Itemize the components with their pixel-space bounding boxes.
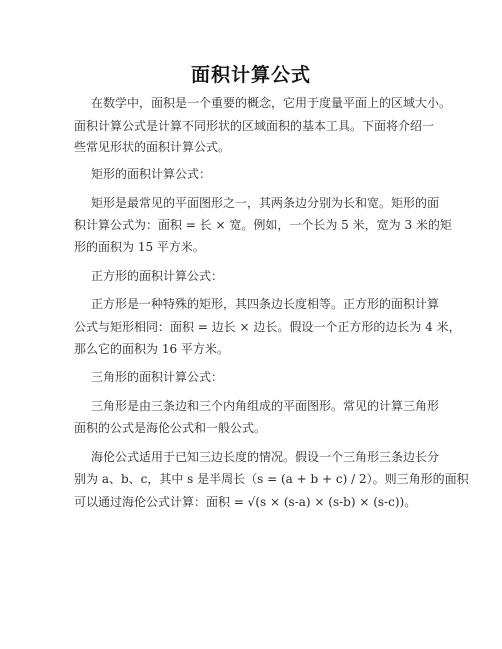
text-line: 积计算公式为：面积 = 长 × 宽。例如，一个长为 5 米，宽为 3 米的矩 (74, 218, 452, 232)
text-line: 那么它的面积为 16 平方米。 (74, 342, 229, 356)
text-line: 公式与矩形相同：面积 = 边长 × 边长。假设一个正方形的边长为 4 米， (74, 320, 461, 334)
text-line: 可以通过海伦公式计算：面积 = √(s × (s-a) × (s-b) × (s… (74, 495, 416, 509)
text-line: 别为 a、b、c，其中 s 是半周长（s = (a + b + c) / 2）。… (74, 472, 469, 486)
text-line: 海伦公式适用于已知三边长度的情况。假设一个三角形三条边长分 (91, 450, 439, 464)
text-line: 些常见形状的面积计算公式。 (74, 140, 230, 154)
text-line: 正方形是一种特殊的矩形，其四条边长度相等。正方形的面积计算 (91, 297, 439, 311)
section-heading-rectangle: 矩形的面积计算公式： (91, 167, 211, 181)
text-line: 三角形是由三条边和三个内角组成的平面图形。常见的计算三角形 (91, 399, 439, 413)
text-line: 面积的公式是海伦公式和一般公式。 (74, 421, 266, 435)
text-line: 面积计算公式是计算不同形状的区域面积的基本工具。下面将介绍一 (74, 119, 434, 133)
section-heading-triangle: 三角形的面积计算公式： (91, 370, 223, 384)
page-title: 面积计算公式 (0, 60, 502, 87)
section-heading-square: 正方形的面积计算公式： (91, 269, 223, 283)
text-line: 在数学中，面积是一个重要的概念，它用于度量平面上的区域大小。 (91, 96, 451, 110)
text-line: 形的面积为 15 平方米。 (74, 240, 205, 254)
text-line: 矩形是最常见的平面图形之一，其两条边分别为长和宽。矩形的面 (91, 196, 439, 210)
